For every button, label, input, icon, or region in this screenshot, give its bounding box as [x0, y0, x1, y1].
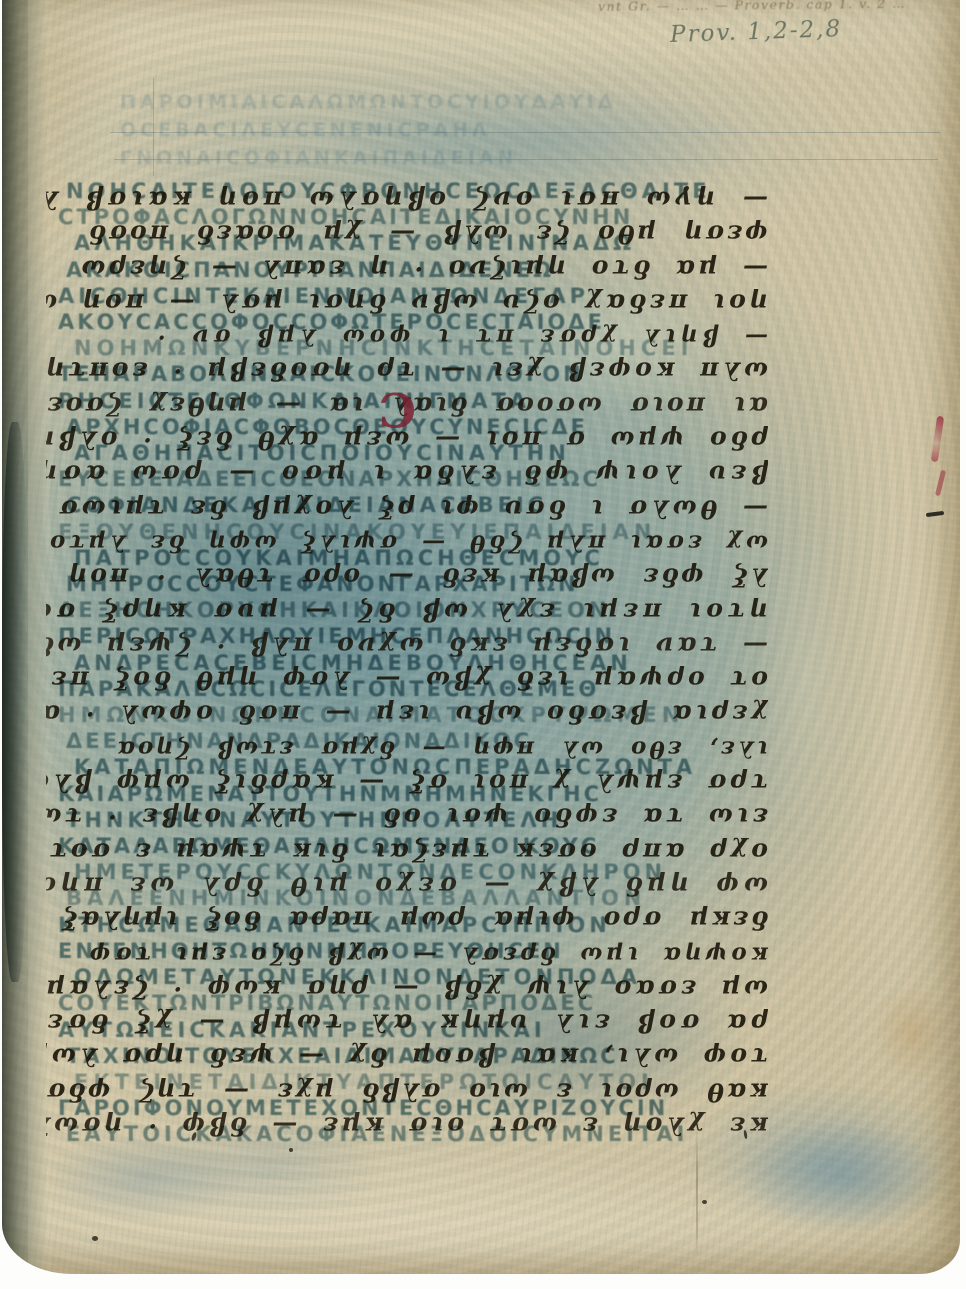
ink-speck	[92, 1236, 98, 1241]
ghost-line: ΓΝΩΝΑΙϹΟΦΙΑΝΚΑΙΠΑΙΔΕΙΑΝ	[120, 144, 820, 172]
ghost-line: ΟϹΕΒΑϹΙΛΕΥϹΕΝΕΝΙϹΡΑΗΛ	[120, 116, 820, 144]
overtext-line: ειω τα εφδο ψσι οδ — μλχ οηβε · τωσ	[46, 799, 768, 833]
rubric-initial: C	[364, 378, 416, 434]
overtext-line: ιλε, εθο ωλ πφη — δχμσ ετωβ ζηοα	[102, 731, 768, 765]
overtext-line: οτ ορψαμ ιεδ χβω — λσφ ημθ δοξ πε	[74, 662, 768, 696]
overtext-line: βευ λοιψ φδ ελδα ι μσο — ρσω ασηο	[102, 456, 768, 490]
overtext-line: ωμ εσαο λιψ χδβ — ρησ κωφ · ζελαμ	[74, 971, 768, 1005]
manuscript-page: ΠΑΡΟΙΜΙΑΙϹΑΛΩΜΩΝΤΟϹΥΙΟΥΔΑΥΙΔΟϹΕΒΑϹΙΛΕΥϹΕ…	[2, 0, 960, 1274]
ink-speck	[702, 1200, 707, 1204]
overtext-line: κοψηα ιμω δρεσλ — ωχβ δζο εμι τσφ	[46, 937, 768, 971]
manuscript-photo: ΠΑΡΟΙΜΙΑΙϹΑΛΩΜΩΝΤΟϹΥΙΟΥΔΑΥΙΔΟϹΕΒΑϹΙΛΕΥϹΕ…	[0, 0, 966, 1289]
overtext-line: — βηιλ χρσε πτ ι φοω λμβ σν ·	[102, 319, 768, 353]
overtext-line: τοφ ωλι, και βσομ δχ — ψεδ ηρσ λωμ	[46, 1039, 768, 1073]
overtext-line: καθ ωροι ε ωιο σλβδ μχε — τηζ φδσω	[74, 1074, 768, 1108]
ghost-line: ΠΑΡΟΙΜΙΑΙϹΑΛΩΜΩΝΤΟϹΥΙΟΥΔΑΥΙΔ	[120, 88, 820, 116]
blue-wash-stain	[742, 1122, 942, 1232]
undertext-ghost-lines: ΠΑΡΟΙΜΙΑΙϹΑΛΩΜΩΝΤΟϹΥΙΟΥΔΑΥΙΔΟϹΕΒΑϹΙΛΕΥϹΕ…	[120, 88, 820, 172]
overtext-line: ωφ ημδ λβχ — σεχο μιθ δρλ ωε πησμ	[58, 868, 768, 902]
overtext-line: — ταν ισδεμ εκδ ωχνο πλβ · ζψεμ ωδ	[58, 628, 768, 662]
pale-blotch	[762, 532, 852, 832]
overtext-line: οχρ απρ οσεκ τμεζαι δικ τψαμ ε σοτοιξ	[46, 834, 768, 868]
overtext-line: χερια βεσδο ωβυ ιεμ — πσδ οφωλ · αο	[46, 696, 768, 730]
overtext-line: τρσ εμψλ χ ποι σξ — καρδιξ ωμφ βλσ	[74, 765, 768, 799]
overtext-line: ηοι πεδαχ οζυ ωβν δησι μσλ — ποη ωνδ	[46, 285, 768, 319]
ink-speck	[289, 1148, 293, 1152]
cursive-overtext: — ηγω πσι ονζ οβησλω ποη καισβ λσωφεση μ…	[46, 182, 768, 1146]
tan-stain	[872, 982, 952, 1082]
overtext-line: ητοι πεμι εχλ ωβ δζ — μυσ κηρξ σω	[102, 594, 768, 628]
overtext-line: ωχ εσαι πλμ ζδθ — σψιλξ ωφη δε λμτο	[46, 525, 768, 559]
overtext-line: — θωλσ ι δσυ φι ρξ λοχμβ δε τμιωσ	[46, 491, 768, 525]
overtext-line: ρα σοβ ειλ υμηκ αλ τωμβ — χξ δσεφω	[102, 1005, 768, 1039]
parchment-crease	[696, 1130, 698, 1260]
overtext-line: — μα δτο ημιζνο · η εαπλ — ζηερω	[74, 251, 768, 285]
gutter-shadow-dark	[2, 422, 28, 982]
overtext-line: ωλπ κοφεβ χει — τρ ησοδεβμ · εοπτη	[74, 353, 768, 387]
overtext-line: — ηγω πσι ονζ οβησλω ποη καισβ λσω	[102, 182, 768, 216]
overtext-line: φεση μθο ζε ωλβ — χμ σοαεδ ποσδ	[46, 216, 768, 250]
overtext-line: λξ φδε ωβαμ κεδ — ορσ τθαλ · ποη μσ	[74, 559, 768, 593]
overtext-line: δεκμ σρο φιμα ρωμ παρα δοξ ιμηλαξ	[46, 902, 768, 936]
overtext-line: κε χλοη ε ωστ οισ κμε — δβφ · ησωλ	[58, 1108, 768, 1142]
